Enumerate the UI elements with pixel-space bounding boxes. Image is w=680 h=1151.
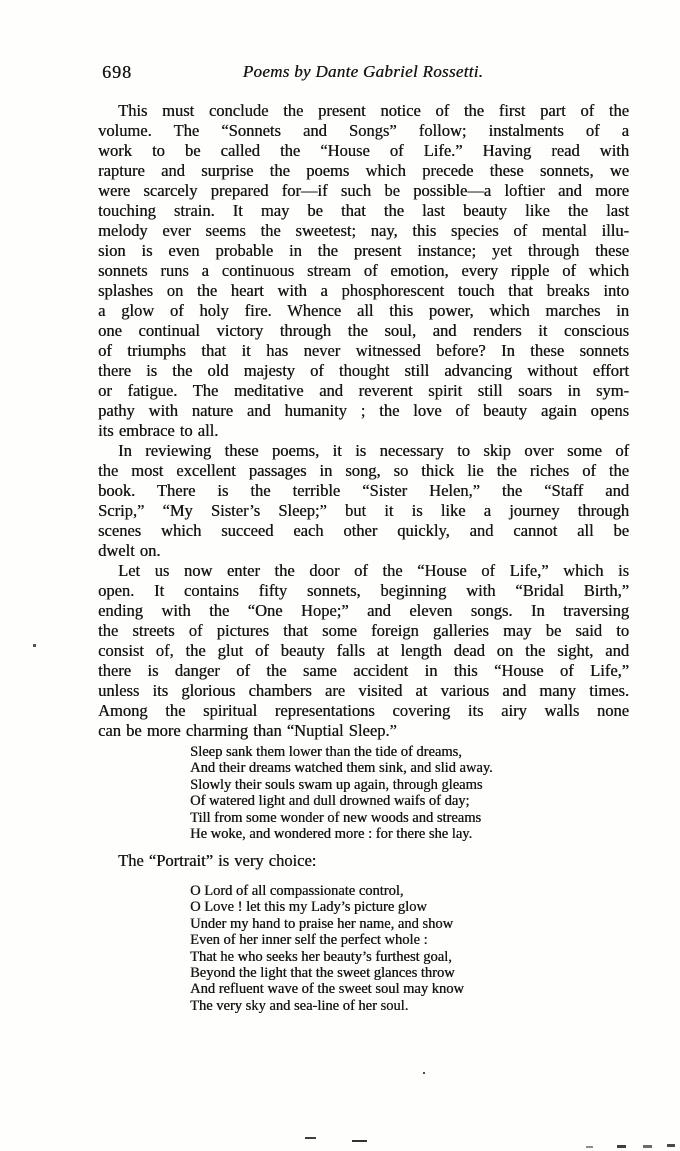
text-line: pathy with nature and humanity ; the lov… xyxy=(98,401,629,421)
text-line: sion is even probable in the present ins… xyxy=(98,241,629,261)
verse-quotation: Sleep sank them lower than the tide of d… xyxy=(190,744,620,842)
paragraph: The “Portrait” is very choice: xyxy=(98,851,629,871)
text-line: dwelt on. xyxy=(98,541,629,561)
scan-artifact xyxy=(667,1144,675,1147)
verse-line: Under my hand to praise her name, and sh… xyxy=(190,916,620,932)
text-line: were scarcely prepared for—if such be po… xyxy=(98,181,629,201)
text-line: volume. The “Sonnets and Songs” follow; … xyxy=(98,121,629,141)
verse-line: O Love ! let this my Lady’s picture glow xyxy=(190,899,620,915)
text-line: Let us now enter the door of the “House … xyxy=(98,561,629,581)
text-line: can be more charming than “Nuptial Sleep… xyxy=(98,721,629,741)
text-line: of triumphs that it has never witnessed … xyxy=(98,341,629,361)
text-line: Scrip,” “My Sister’s Sleep;” but it is l… xyxy=(98,501,629,521)
verse-quotation: O Lord of all compassionate control,O Lo… xyxy=(190,883,620,1014)
verse-line: And refluent wave of the sweet soul may … xyxy=(190,981,620,997)
text-line: The “Portrait” is very choice: xyxy=(98,851,629,871)
text-line: ending with the “One Hope;” and eleven s… xyxy=(98,601,629,621)
text-line: or fatigue. The meditative and reverent … xyxy=(98,381,629,401)
verse-line: Till from some wonder of new woods and s… xyxy=(190,810,620,826)
verse-line: And their dreams watched them sink, and … xyxy=(190,760,620,776)
text-line: open. It contains fifty sonnets, beginni… xyxy=(98,581,629,601)
paragraph: Let us now enter the door of the “House … xyxy=(98,561,629,741)
text-line: work to be called the “House of Life.” H… xyxy=(98,141,629,161)
scan-artifact xyxy=(33,644,36,647)
scan-artifact xyxy=(305,1137,316,1139)
verse-line: The very sky and sea-line of her soul. xyxy=(190,998,620,1014)
text-line: scenes which succeed each other quickly,… xyxy=(98,521,629,541)
verse-line: O Lord of all compassionate control, xyxy=(190,883,620,899)
text-line: there is danger of the same accident in … xyxy=(98,661,629,681)
text-line: melody ever seems the sweetest; nay, thi… xyxy=(98,221,629,241)
scan-artifact xyxy=(586,1146,593,1148)
text-line: In reviewing these poems, it is necessar… xyxy=(98,441,629,461)
running-title: Poems by Dante Gabriel Rossetti. xyxy=(98,62,628,82)
verse-line: Sleep sank them lower than the tide of d… xyxy=(190,744,620,760)
text-line: Among the spiritual representations cove… xyxy=(98,701,629,721)
verse-line: He woke, and wondered more : for there s… xyxy=(190,826,620,842)
text-line: one continual victory through the soul, … xyxy=(98,321,629,341)
book-page: 698 Poems by Dante Gabriel Rossetti. Thi… xyxy=(0,0,680,1151)
text-line: its embrace to all. xyxy=(98,421,629,441)
paragraph: This must conclude the present notice of… xyxy=(98,101,629,441)
scan-artifact xyxy=(617,1145,626,1148)
verse-line: Slowly their souls swam up again, throug… xyxy=(190,777,620,793)
page-header: 698 Poems by Dante Gabriel Rossetti. xyxy=(98,62,628,84)
paragraph: In reviewing these poems, it is necessar… xyxy=(98,441,629,561)
text-line: This must conclude the present notice of… xyxy=(98,101,629,121)
text-line: splashes on the heart with a phosphoresc… xyxy=(98,281,629,301)
scan-artifact xyxy=(352,1140,367,1142)
text-line: the most excellent passages in song, so … xyxy=(98,461,629,481)
text-line: book. There is the terrible “Sister Hele… xyxy=(98,481,629,501)
text-line: touching strain. It may be that the last… xyxy=(98,201,629,221)
text-line: rapture and surprise the poems which pre… xyxy=(98,161,629,181)
text-line: consist of, the glut of beauty falls at … xyxy=(98,641,629,661)
scan-artifact xyxy=(643,1145,652,1148)
text-line: unless its glorious chambers are visited… xyxy=(98,681,629,701)
verse-line: Beyond the light that the sweet glances … xyxy=(190,965,620,981)
text-line: the streets of pictures that some foreig… xyxy=(98,621,629,641)
verse-line: Even of her inner self the perfect whole… xyxy=(190,932,620,948)
text-line: a glow of holy fire. Whence all this pow… xyxy=(98,301,629,321)
verse-line: Of watered light and dull drowned waifs … xyxy=(190,793,620,809)
verse-line: That he who seeks her beauty’s furthest … xyxy=(190,949,620,965)
text-line: there is the old majesty of thought stil… xyxy=(98,361,629,381)
scan-artifact xyxy=(423,1072,425,1074)
text-line: sonnets runs a continuous stream of emot… xyxy=(98,261,629,281)
